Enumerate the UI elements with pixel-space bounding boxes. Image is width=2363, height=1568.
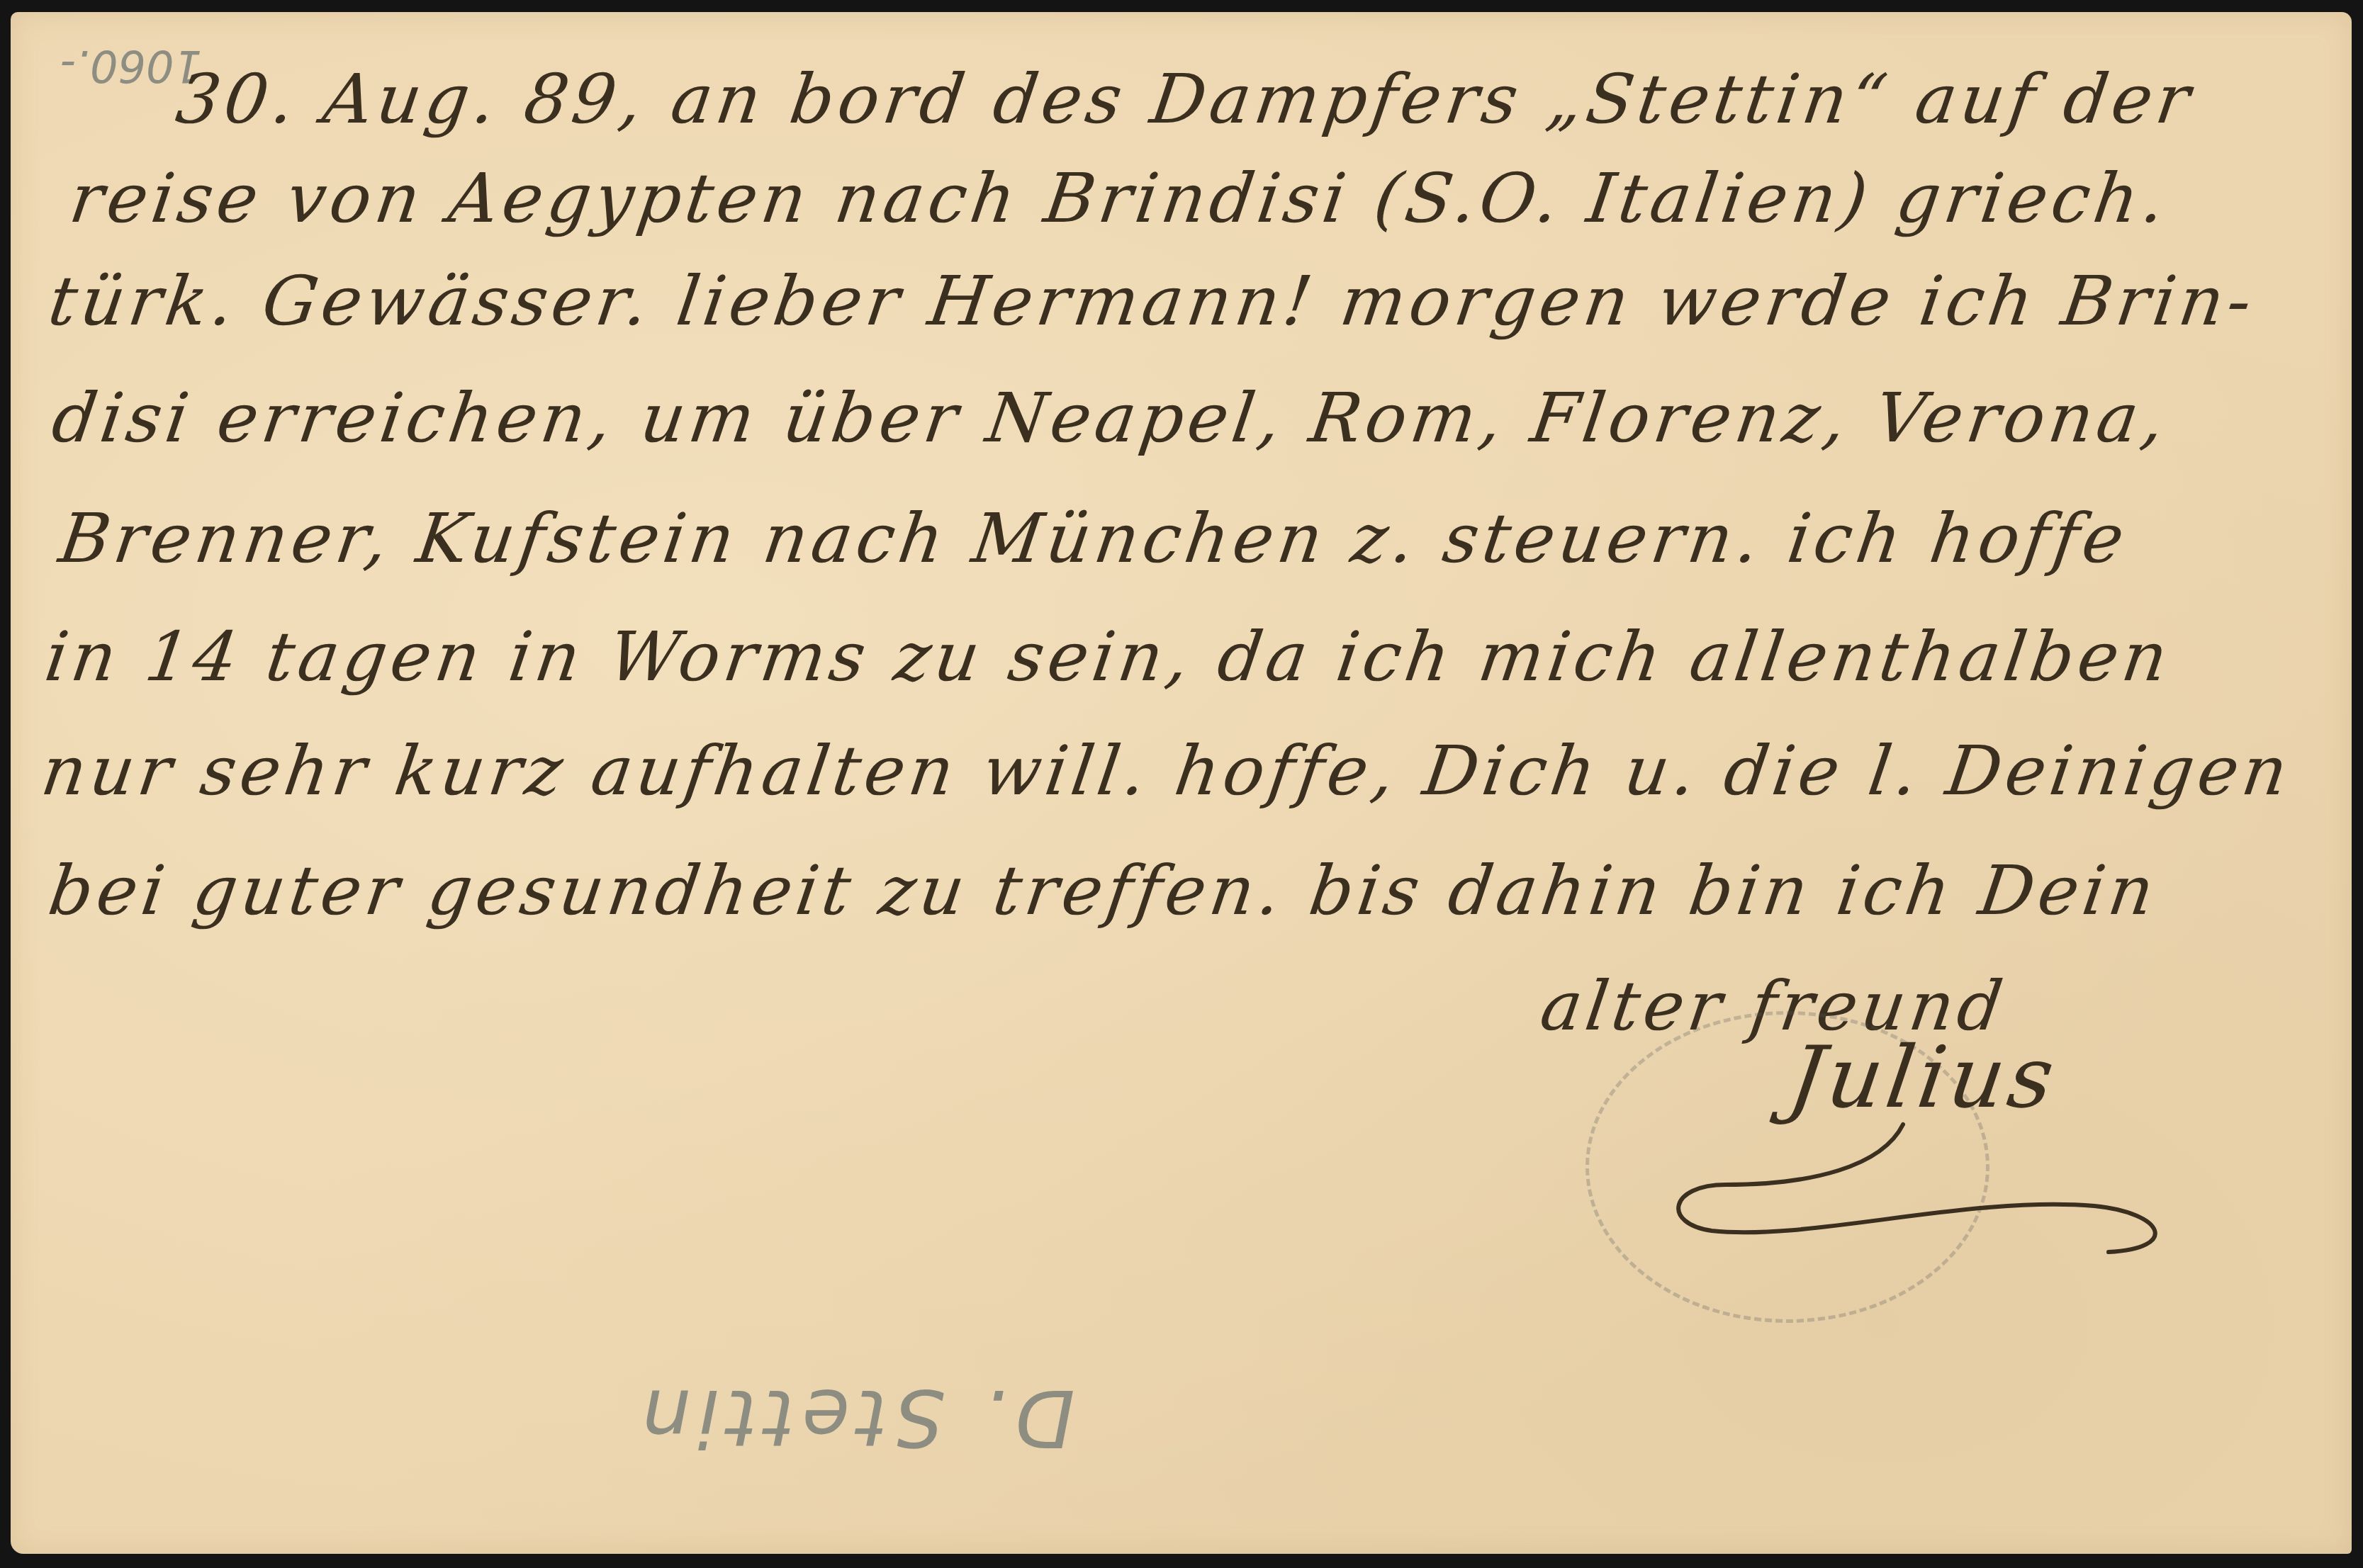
letter-line-1: 30. Aug. 89, an bord des Dampfers „Stett…	[172, 65, 2198, 133]
pencil-ship-note: D. Stettin	[634, 1372, 1075, 1463]
postcard: 1060.- 30. Aug. 89, an bord des Dampfers…	[11, 12, 2352, 1554]
letter-line-7: nur sehr kurz aufhalten will. hoffe, Dic…	[38, 737, 2296, 805]
letter-line-3: türk. Gewässer. lieber Hermann! morgen w…	[45, 267, 2260, 335]
letter-line-4: disi erreichen, um über Neapel, Rom, Flo…	[48, 384, 2172, 452]
signature: Julius	[1784, 1036, 2063, 1121]
letter-line-8: bei guter gesundheit zu treffen. bis dah…	[45, 857, 2162, 925]
letter-line-2: reise von Aegypten nach Brindisi (S.O. I…	[66, 164, 2173, 232]
letter-line-5: Brenner, Kufstein nach München z. steuer…	[55, 504, 2132, 573]
signature-flourish-icon	[1669, 1117, 2179, 1259]
letter-line-6: in 14 tagen in Worms zu sein, da ich mic…	[41, 623, 2175, 691]
